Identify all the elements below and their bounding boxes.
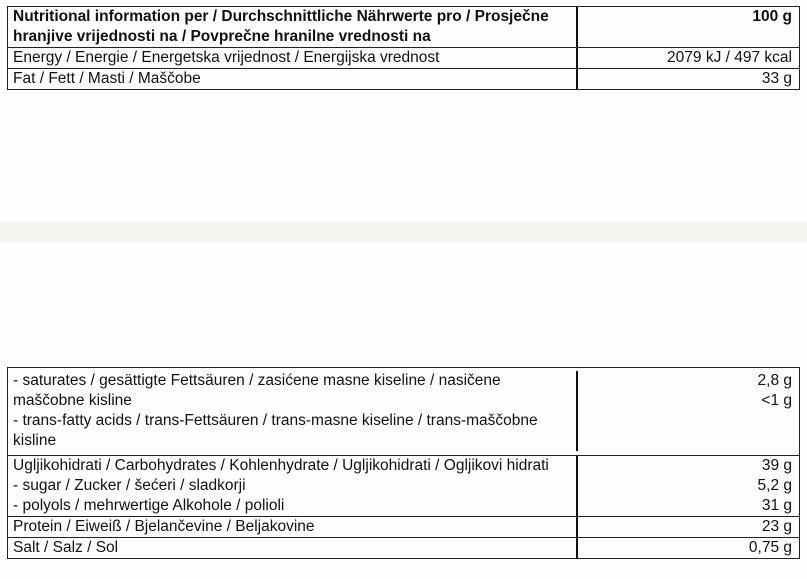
table-row-energy: Energy / Energie / Energetska vrijednost… [8,47,799,68]
header-value: 100 g [578,7,799,47]
row-values: 2,8 g <1 g [578,371,799,451]
header-label-line: Nutritional information per / Durchschni… [13,7,572,27]
header-row: Nutritional information per / Durchschni… [8,7,799,47]
row-label: - saturates / gesättigte Fettsäuren / za… [8,371,578,451]
nutrition-table-top: Nutritional information per / Durchschni… [7,6,800,90]
row-label-line: - trans-fatty acids / trans-Fettsäuren /… [13,411,572,431]
row-value: 2079 kJ / 497 kcal [578,48,799,68]
table-row-protein: Protein / Eiweiß / Bjelančevine / Beljak… [8,516,799,537]
row-label: Energy / Energie / Energetska vrijednost… [8,48,578,68]
table-row-fatty-acids: - saturates / gesättigte Fettsäuren / za… [8,368,799,455]
row-label-line: maščobne kisline [13,391,572,411]
table-row-fat: Fat / Fett / Masti / Maščobe 33 g [8,68,799,89]
header-label: Nutritional information per / Durchschni… [8,7,578,47]
row-label: Salt / Salz / Sol [8,538,578,558]
row-value: 31 g [582,496,792,516]
row-label-line: - sugar / Zucker / šećeri / sladkorji [13,476,572,496]
row-value: 0,75 g [578,538,799,558]
row-value: 33 g [578,69,799,89]
row-value: <1 g [582,391,792,411]
separator-band [0,222,807,243]
row-value: 2,8 g [582,371,792,391]
row-label-line: - saturates / gesättigte Fettsäuren / za… [13,371,572,391]
row-label: Protein / Eiweiß / Bjelančevine / Beljak… [8,517,578,537]
row-values: 39 g 5,2 g 31 g [578,456,799,516]
row-value: 39 g [582,456,792,476]
nutrition-table-bottom: - saturates / gesättigte Fettsäuren / za… [7,367,800,559]
row-label-line: Ugljikohidrati / Carbohydrates / Kohlenh… [13,456,572,476]
row-value: 5,2 g [582,476,792,496]
table-row-carbohydrates: Ugljikohidrati / Carbohydrates / Kohlenh… [8,455,799,516]
header-label-line: hranjive vrijednosti na / Povprečne hran… [13,27,572,47]
row-label: Fat / Fett / Masti / Maščobe [8,69,578,89]
table-row-salt: Salt / Salz / Sol 0,75 g [8,537,799,558]
row-label-line: kisline [13,431,572,451]
row-value: 23 g [578,517,799,537]
row-label-line: - polyols / mehrwertige Alkohole / polio… [13,496,572,516]
row-label: Ugljikohidrati / Carbohydrates / Kohlenh… [8,456,578,516]
